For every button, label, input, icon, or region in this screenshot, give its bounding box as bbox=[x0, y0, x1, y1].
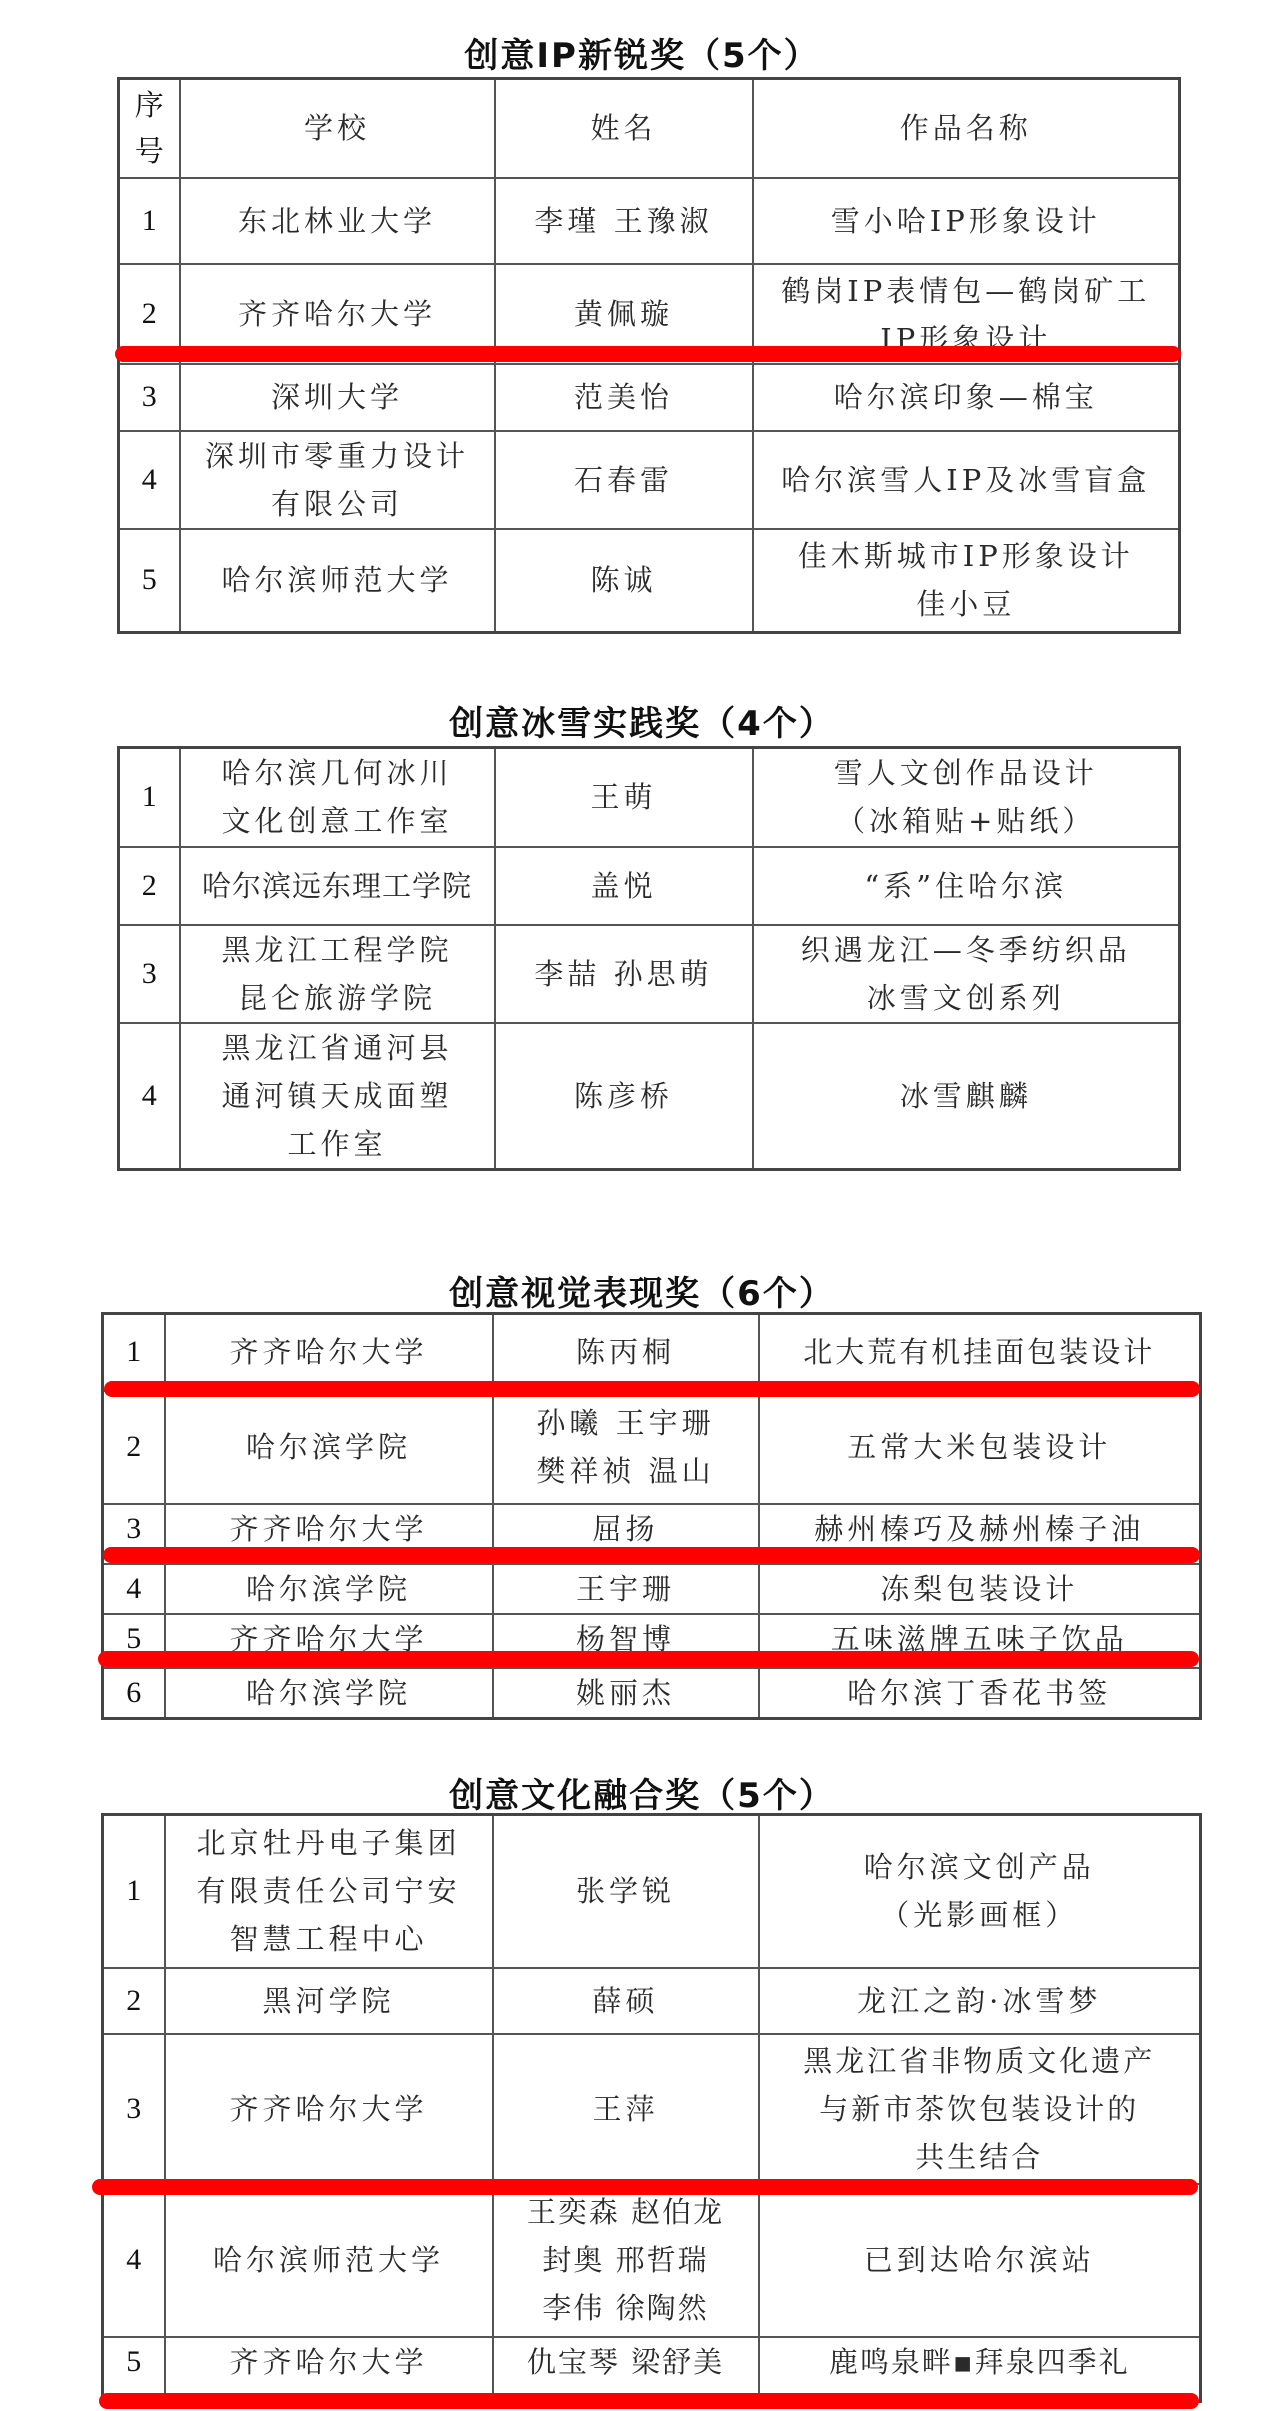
table-row: 2 哈尔滨远东理工学院 盖悦 “系”住哈尔滨 bbox=[119, 847, 1180, 925]
highlight-underline bbox=[103, 1547, 1200, 1563]
work-cell: 五常大米包装设计 bbox=[759, 1391, 1201, 1504]
table-row: 3 黑龙江工程学院 昆仑旅游学院 李喆 孙思萌 织遇龙江—冬季纺织品 冰雪文创系… bbox=[119, 925, 1180, 1023]
table-row: 1 齐齐哈尔大学 陈丙桐 北大荒有机挂面包装设计 bbox=[103, 1314, 1201, 1391]
highlight-underline bbox=[104, 1381, 1200, 1397]
table-row: 4 哈尔滨师范大学 王奕森 赵伯龙 封奥 邢哲瑞 李伟 徐陶然 已到达哈尔滨站 bbox=[103, 2184, 1201, 2337]
school-cell: 深圳大学 bbox=[180, 364, 495, 431]
table-row: 5 哈尔滨师范大学 陈诚 佳木斯城市IP形象设计 佳小豆 bbox=[119, 529, 1180, 633]
highlight-underline bbox=[98, 1651, 1199, 1667]
name-cell: 王奕森 赵伯龙 封奥 邢哲瑞 李伟 徐陶然 bbox=[493, 2184, 759, 2337]
section-title-culture-award: 创意文化融合奖（5个） bbox=[0, 1768, 1284, 1817]
work-cell: 冻梨包装设计 bbox=[759, 1564, 1201, 1614]
table-row: 3 齐齐哈尔大学 王萍 黑龙江省非物质文化遗产 与新市茶饮包装设计的 共生结合 bbox=[103, 2034, 1201, 2184]
highlight-underline bbox=[99, 2393, 1199, 2409]
header-school: 学校 bbox=[180, 79, 495, 178]
table-header-row: 序 号 学校 姓名 作品名称 bbox=[119, 79, 1180, 178]
table-row: 3 深圳大学 范美怡 哈尔滨印象—棉宝 bbox=[119, 364, 1180, 431]
work-cell: 雪小哈IP形象设计 bbox=[753, 178, 1180, 264]
name-cell: 李喆 孙思萌 bbox=[495, 925, 753, 1023]
header-work: 作品名称 bbox=[753, 79, 1180, 178]
name-cell: 薛硕 bbox=[493, 1968, 759, 2034]
work-cell: 冰雪麒麟 bbox=[753, 1023, 1180, 1170]
table-row: 4 黑龙江省通河县 通河镇天成面塑 工作室 陈彦桥 冰雪麒麟 bbox=[119, 1023, 1180, 1170]
section-title-visual-award: 创意视觉表现奖（6个） bbox=[0, 1266, 1284, 1315]
school-cell: 黑河学院 bbox=[165, 1968, 493, 2034]
work-cell: “系”住哈尔滨 bbox=[753, 847, 1180, 925]
school-cell: 哈尔滨学院 bbox=[165, 1564, 493, 1614]
work-cell: 雪人文创作品设计 （冰箱贴+贴纸） bbox=[753, 748, 1180, 847]
school-cell: 哈尔滨学院 bbox=[165, 1668, 493, 1719]
table-row: 1 哈尔滨几何冰川 文化创意工作室 王萌 雪人文创作品设计 （冰箱贴+贴纸） bbox=[119, 748, 1180, 847]
highlight-underline bbox=[92, 2179, 1198, 2195]
work-cell: 哈尔滨文创产品 （光影画框） bbox=[759, 1815, 1201, 1968]
name-cell: 王宇珊 bbox=[493, 1564, 759, 1614]
name-cell: 石春雷 bbox=[495, 431, 753, 529]
name-cell: 陈彦桥 bbox=[495, 1023, 753, 1170]
school-cell: 哈尔滨几何冰川 文化创意工作室 bbox=[180, 748, 495, 847]
work-cell: 哈尔滨印象—棉宝 bbox=[753, 364, 1180, 431]
name-cell: 陈丙桐 bbox=[493, 1314, 759, 1391]
name-cell: 王萍 bbox=[493, 2034, 759, 2184]
table-row: 2 哈尔滨学院 孙曦 王宇珊 樊祥祯 温山 五常大米包装设计 bbox=[103, 1391, 1201, 1504]
table-row: 4 哈尔滨学院 王宇珊 冻梨包装设计 bbox=[103, 1564, 1201, 1614]
school-cell: 黑龙江省通河县 通河镇天成面塑 工作室 bbox=[180, 1023, 495, 1170]
school-cell: 哈尔滨远东理工学院 bbox=[180, 847, 495, 925]
school-cell: 哈尔滨师范大学 bbox=[165, 2184, 493, 2337]
school-cell: 北京牡丹电子集团 有限责任公司宁安 智慧工程中心 bbox=[165, 1815, 493, 1968]
school-cell: 东北林业大学 bbox=[180, 178, 495, 264]
work-cell: 黑龙江省非物质文化遗产 与新市茶饮包装设计的 共生结合 bbox=[759, 2034, 1201, 2184]
section-title-ip-award: 创意IP新锐奖（5个） bbox=[0, 28, 1284, 77]
work-cell: 已到达哈尔滨站 bbox=[759, 2184, 1201, 2337]
table-row: 4 深圳市零重力设计 有限公司 石春雷 哈尔滨雪人IP及冰雪盲盒 bbox=[119, 431, 1180, 529]
school-cell: 齐齐哈尔大学 bbox=[165, 1314, 493, 1391]
work-cell: 龙江之韵·冰雪梦 bbox=[759, 1968, 1201, 2034]
highlight-underline bbox=[115, 346, 1181, 362]
work-cell: 织遇龙江—冬季纺织品 冰雪文创系列 bbox=[753, 925, 1180, 1023]
school-cell: 哈尔滨师范大学 bbox=[180, 529, 495, 633]
school-cell: 黑龙江工程学院 昆仑旅游学院 bbox=[180, 925, 495, 1023]
table-row: 6 哈尔滨学院 姚丽杰 哈尔滨丁香花书签 bbox=[103, 1668, 1201, 1719]
name-cell: 陈诚 bbox=[495, 529, 753, 633]
table-row: 1 东北林业大学 李瑾 王豫淑 雪小哈IP形象设计 bbox=[119, 178, 1180, 264]
name-cell: 李瑾 王豫淑 bbox=[495, 178, 753, 264]
work-cell: 哈尔滨丁香花书签 bbox=[759, 1668, 1201, 1719]
table-row: 1 北京牡丹电子集团 有限责任公司宁安 智慧工程中心 张学锐 哈尔滨文创产品 （… bbox=[103, 1815, 1201, 1968]
award-table-culture: 1 北京牡丹电子集团 有限责任公司宁安 智慧工程中心 张学锐 哈尔滨文创产品 （… bbox=[101, 1813, 1202, 2408]
section-title-ice-snow-award: 创意冰雪实践奖（4个） bbox=[0, 696, 1284, 745]
school-cell: 哈尔滨学院 bbox=[165, 1391, 493, 1504]
award-table-ice-snow: 1 哈尔滨几何冰川 文化创意工作室 王萌 雪人文创作品设计 （冰箱贴+贴纸） 2… bbox=[117, 746, 1181, 1171]
school-cell: 深圳市零重力设计 有限公司 bbox=[180, 431, 495, 529]
work-cell: 哈尔滨雪人IP及冰雪盲盒 bbox=[753, 431, 1180, 529]
name-cell: 王萌 bbox=[495, 748, 753, 847]
name-cell: 盖悦 bbox=[495, 847, 753, 925]
name-cell: 张学锐 bbox=[493, 1815, 759, 1968]
name-cell: 范美怡 bbox=[495, 364, 753, 431]
header-number: 序 号 bbox=[119, 79, 180, 178]
work-cell: 佳木斯城市IP形象设计 佳小豆 bbox=[753, 529, 1180, 633]
name-cell: 姚丽杰 bbox=[493, 1668, 759, 1719]
table-row: 2 黑河学院 薛硕 龙江之韵·冰雪梦 bbox=[103, 1968, 1201, 2034]
name-cell: 孙曦 王宇珊 樊祥祯 温山 bbox=[493, 1391, 759, 1504]
school-cell: 齐齐哈尔大学 bbox=[165, 2034, 493, 2184]
header-name: 姓名 bbox=[495, 79, 753, 178]
work-cell: 北大荒有机挂面包装设计 bbox=[759, 1314, 1201, 1391]
